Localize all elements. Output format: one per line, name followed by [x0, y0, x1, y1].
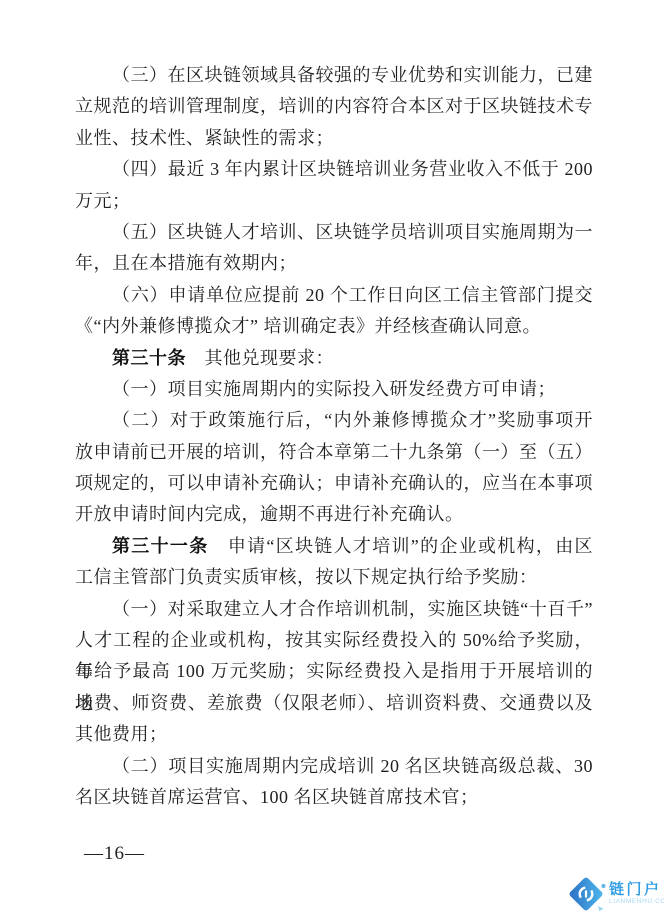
article-30-heading: 第三十条 其他兑现要求：	[75, 343, 593, 374]
document-page: （三）在区块链领域具备较强的专业优势和实训能力，已建 立规范的培训管理制度，培训…	[0, 0, 664, 917]
brand-name: 链门户	[609, 882, 664, 897]
text-line: （四）最近 3 年内累计区块链培训业务营业收入不低于 200	[75, 154, 593, 185]
text-line: 名区块链首席运营官、100 名区块链首席技术官；	[75, 782, 593, 813]
text-line: 其他费用；	[75, 719, 593, 750]
text-line: 业性、技术性、紧缺性的需求；	[75, 123, 593, 154]
text-line: 年，且在本措施有效期内；	[75, 248, 593, 279]
article-31-heading: 第三十一条 申请“区块链人才培训”的企业或机构，由区	[75, 531, 593, 562]
article-31-text: 申请“区块链人才培训”的企业或机构，由区	[209, 536, 594, 556]
text-line: （二）项目实施周期内完成培训 20 名区块链高级总裁、30	[75, 751, 593, 782]
article-30-number: 第三十条	[112, 348, 186, 368]
text-line: 放申请前已开展的培训，符合本章第二十九条第（一）至（五）	[75, 437, 593, 468]
page-number: —16—	[84, 843, 145, 865]
text-line: 年给予最高 100 万元奖励；实际经费投入是指用于开展培训的场	[75, 656, 593, 687]
text-line: 开放申请时间内完成，逾期不再进行补充确认。	[75, 499, 593, 530]
article-30-title: 其他兑现要求：	[186, 348, 334, 368]
text-line: （三）在区块链领域具备较强的专业优势和实训能力，已建	[75, 60, 593, 91]
text-line: 立规范的培训管理制度，培训的内容符合本区对于区块链技术专	[75, 91, 593, 122]
lianmenhu-watermark-logo: 链门户 LIANMENHU.COM	[567, 872, 663, 916]
text-line: （一）项目实施周期内的实际投入研发经费方可申请；	[75, 374, 593, 405]
document-body: （三）在区块链领域具备较强的专业优势和实训能力，已建 立规范的培训管理制度，培训…	[75, 60, 593, 813]
text-line: 项规定的，可以申请补充确认；申请补充确认的，应当在本事项	[75, 468, 593, 499]
text-line: （二）对于政策施行后，“内外兼修博揽众才”奖励事项开	[75, 405, 593, 436]
text-line: 工信主管部门负责实质审核，按以下规定执行给予奖励：	[75, 562, 593, 593]
text-line: （六）申请单位应提前 20 个工作日向区工信主管部门提交	[75, 280, 593, 311]
article-31-number: 第三十一条	[112, 536, 209, 556]
text-line: 地费、师资费、差旅费（仅限老师）、培训资料费、交通费以及	[75, 688, 593, 719]
text-line: （五）区块链人才培训、区块链学员培训项目实施周期为一	[75, 217, 593, 248]
text-line: （一）对采取建立人才合作培训机制，实施区块链“十百千”	[75, 594, 593, 625]
logo-text-group: 链门户 LIANMENHU.COM	[609, 882, 664, 906]
brand-domain: LIANMENHU.COM	[609, 899, 664, 906]
chain-link-diamond-icon	[567, 873, 607, 915]
text-line: 《“内外兼修博揽众才” 培训确定表》并经核查确认同意。	[75, 311, 593, 342]
text-line: 万元；	[75, 186, 593, 217]
text-line: 人才工程的企业或机构，按其实际经费投入的 50%给予奖励，每	[75, 625, 593, 656]
